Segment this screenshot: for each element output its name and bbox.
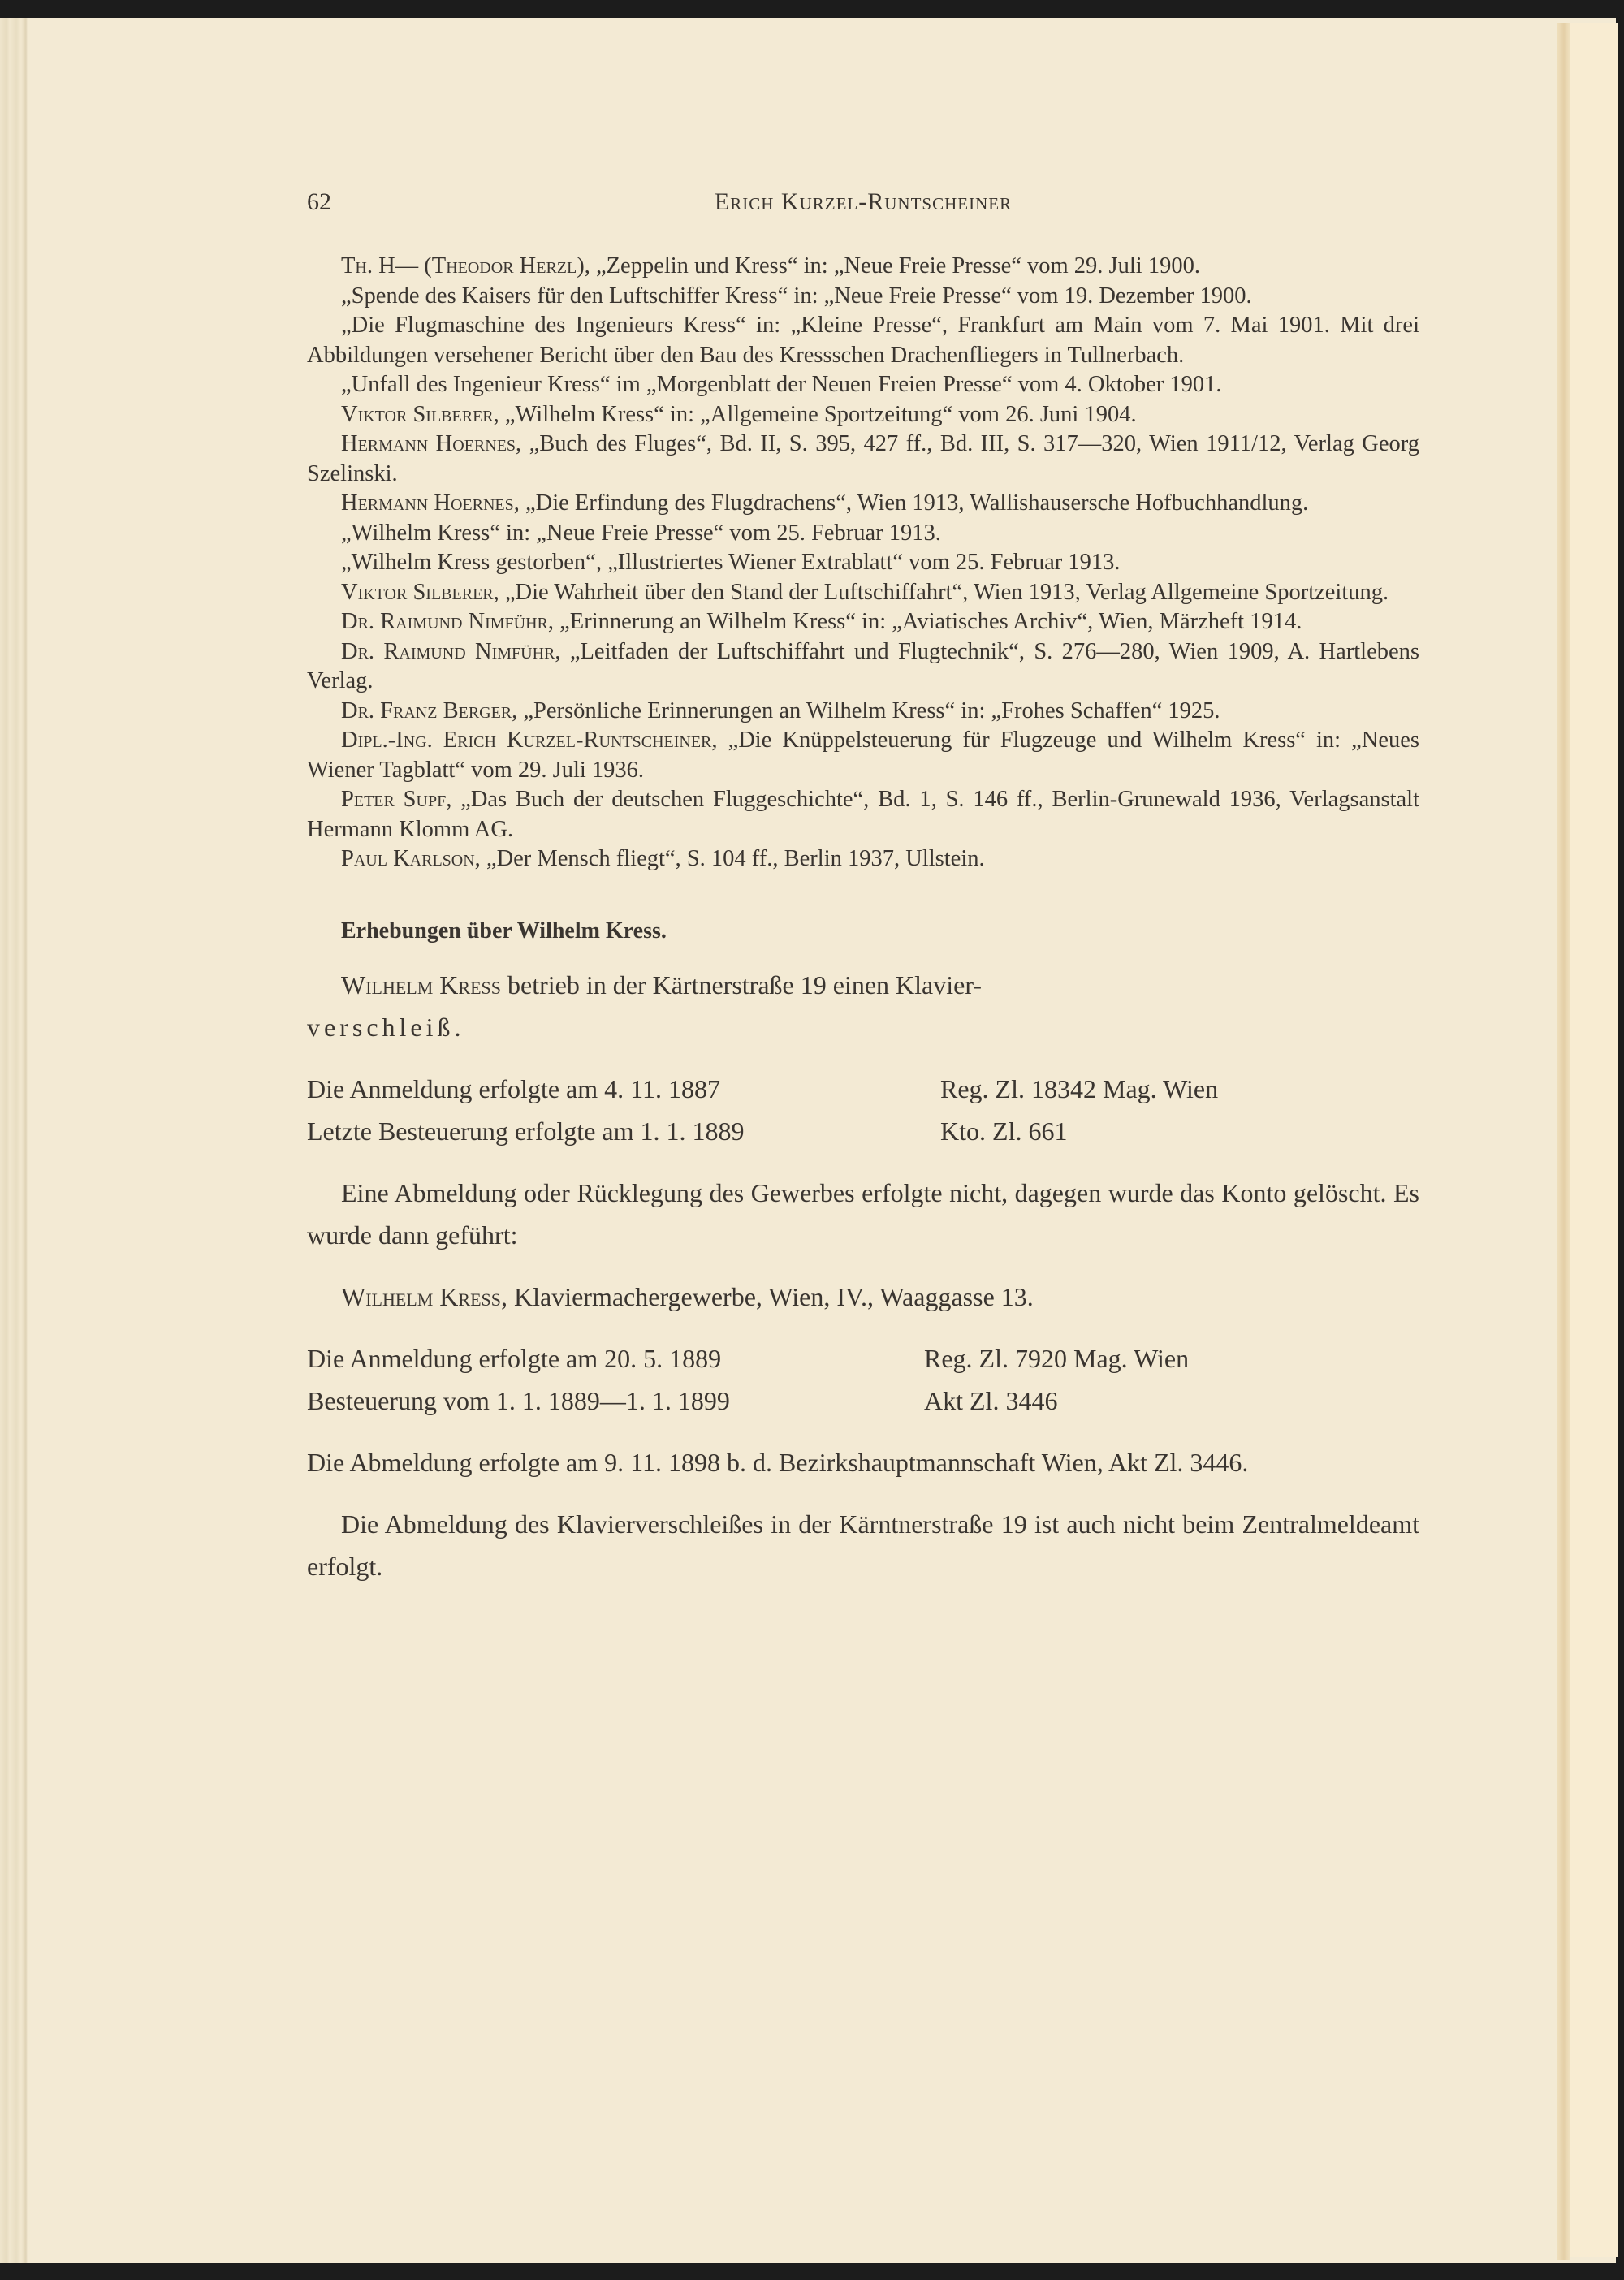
reference-item: „Unfall des Ingenieur Kress“ im „Morgenb… <box>307 370 1419 400</box>
page-gutter <box>1557 23 1570 2260</box>
business-line: Wilhelm Kress, Klaviermachergewerbe, Wie… <box>307 1276 1419 1318</box>
reference-item: „Die Flugmaschine des Ingenieurs Kress“ … <box>307 311 1419 370</box>
reference-item: Paul Karlson, „Der Mensch fliegt“, S. 10… <box>307 844 1419 874</box>
section-content: Wilhelm Kress betrieb in der Kärtnerstra… <box>307 964 1419 1587</box>
reference-item: Hermann Hoernes, „Buch des Fluges“, Bd. … <box>307 430 1419 489</box>
reference-item: Dr. Raimund Nimführ, „Erinnerung an Wilh… <box>307 607 1419 637</box>
running-title: Erich Kurzel-Runtscheiner <box>307 188 1419 216</box>
reference-list: Th. H— (Theodor Herzl), „Zeppelin und Kr… <box>307 252 1419 874</box>
page-body: Th. H— (Theodor Herzl), „Zeppelin und Kr… <box>307 252 1419 1587</box>
reference-item: Hermann Hoernes, „Die Erfindung des Flug… <box>307 489 1419 519</box>
reference-item: „Wilhelm Kress gestorben“, „Illustrierte… <box>307 548 1419 578</box>
running-header: 62 Erich Kurzel-Runtscheiner <box>307 188 1419 221</box>
section-heading: Erhebungen über Wilhelm Kress. <box>341 917 1419 947</box>
page-edge-right <box>1570 23 1618 2257</box>
reference-item: Viktor Silberer, „Die Wahrheit über den … <box>307 578 1419 608</box>
intro-paragraph: Wilhelm Kress betrieb in der Kärtnerstra… <box>307 964 1419 1048</box>
reference-item: „Spende des Kaisers für den Luftschiffer… <box>307 282 1419 312</box>
page-edge-left <box>0 18 28 2263</box>
reference-item: Dr. Franz Berger, „Persönliche Erinnerun… <box>307 697 1419 727</box>
record-row: Letzte Besteuerung erfolgte am 1. 1. 188… <box>307 1110 1419 1152</box>
reference-item: „Wilhelm Kress“ in: „Neue Freie Presse“ … <box>307 519 1419 549</box>
reference-item: Dr. Raimund Nimführ, „Leitfaden der Luft… <box>307 637 1419 697</box>
reference-item: Peter Supf, „Das Buch der deutschen Flug… <box>307 785 1419 844</box>
paragraph: Die Abmeldung erfolgte am 9. 11. 1898 b.… <box>307 1441 1419 1483</box>
record-table-1: Die Anmeldung erfolgte am 4. 11. 1887Reg… <box>307 1068 1419 1152</box>
record-row: Die Anmeldung erfolgte am 4. 11. 1887Reg… <box>307 1068 1419 1110</box>
paragraph: Eine Abmeldung oder Rücklegung des Gewer… <box>307 1172 1419 1256</box>
record-row: Die Anmeldung erfolgte am 20. 5. 1889Reg… <box>307 1337 1419 1380</box>
reference-item: Th. H— (Theodor Herzl), „Zeppelin und Kr… <box>307 252 1419 282</box>
record-row: Besteuerung vom 1. 1. 1889—1. 1. 1899Akt… <box>307 1380 1419 1422</box>
paragraph: Die Abmeldung des Klavierverschleißes in… <box>307 1503 1419 1587</box>
record-table-2: Die Anmeldung erfolgte am 20. 5. 1889Reg… <box>307 1337 1419 1422</box>
reference-item: Viktor Silberer, „Wilhelm Kress“ in: „Al… <box>307 400 1419 430</box>
reference-item: Dipl.-Ing. Erich Kurzel-Runtscheiner, „D… <box>307 726 1419 785</box>
